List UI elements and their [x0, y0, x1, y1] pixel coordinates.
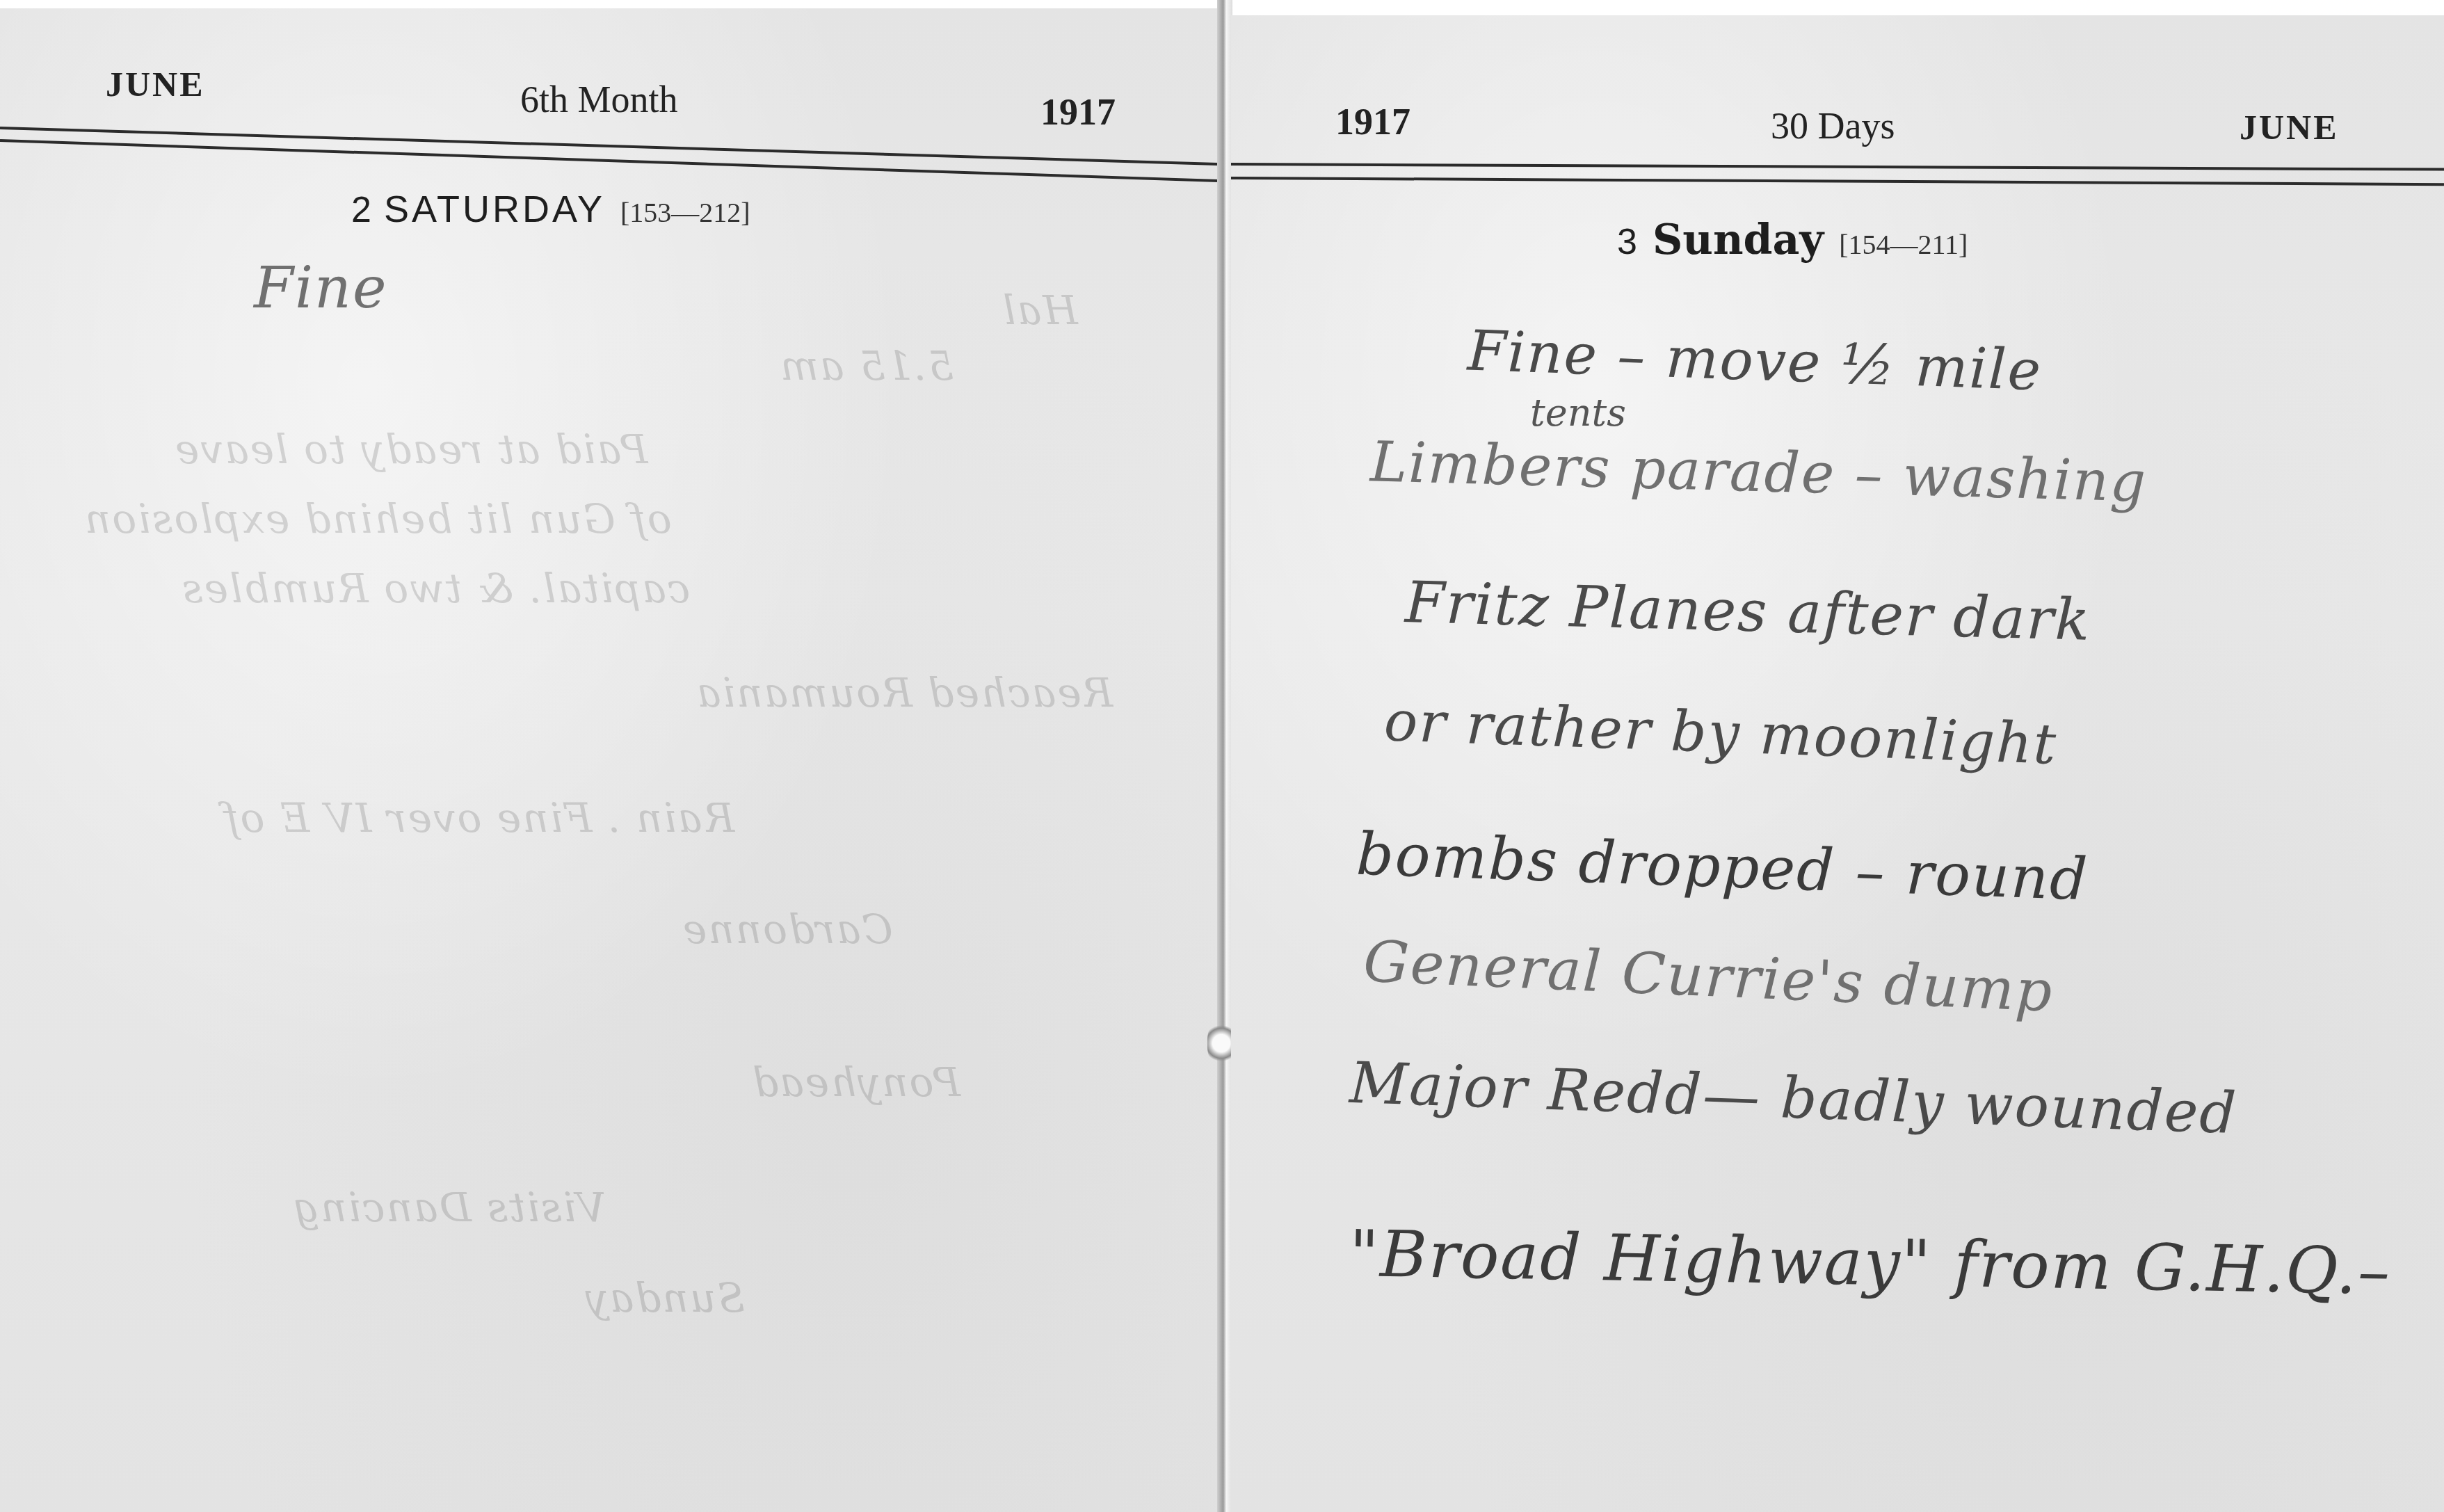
bleed-through-line: capital. & two Rumbles [181, 565, 690, 612]
bleed-through-line: Sunday [584, 1274, 745, 1321]
day-heading-sunday: 3Sunday[154—211] [1617, 216, 1968, 264]
right-running-header-month: JUNE [2240, 107, 2339, 147]
day-count: [153—212] [620, 197, 750, 228]
bleed-through-line: Reached Roumania [696, 669, 1113, 716]
handwritten-insertion: tents [1530, 391, 1626, 435]
day-number: 3 [1617, 222, 1637, 262]
left-running-header-center: 6th Month [520, 78, 678, 121]
day-heading-saturday: 2SATURDAY[153—212] [351, 188, 750, 231]
bleed-through-line: Cardonne [682, 906, 893, 953]
weekday-name: Sunday [1653, 216, 1824, 264]
handwritten-line: Fritz Planes after dark [1404, 570, 2092, 654]
bleed-through-line: of Gun lit behind explosion [83, 495, 672, 542]
bleed-through-line: Paid at ready to leave [174, 426, 648, 473]
header-rule-lower [1231, 177, 2444, 186]
day-count: [154—211] [1839, 229, 1968, 260]
diary-spread: JUNE 6th Month 1917 2SATURDAY[153—212] F… [0, 0, 2444, 1512]
right-running-header-center: 30 Days [1771, 104, 1895, 147]
weekday-name: SATURDAY [384, 188, 605, 230]
right-running-header-year: 1917 [1335, 100, 1410, 143]
handwritten-line: "Broad Highway" from G.H.Q.– [1349, 1216, 2392, 1309]
left-page: JUNE 6th Month 1917 2SATURDAY[153—212] F… [0, 8, 1219, 1512]
handwritten-line: or rather by moonlight [1383, 689, 2059, 777]
book-gutter [1217, 0, 1232, 1512]
bleed-through-line: Hal [1002, 287, 1078, 334]
header-rule-upper [1231, 163, 2444, 171]
handwritten-line: Fine [254, 255, 387, 321]
handwritten-line: Major Redd— badly wounded [1349, 1050, 2239, 1148]
bleed-through-line: Ponyhead [751, 1059, 960, 1106]
bleed-through-line: Rain . Fine over IV E of [223, 794, 734, 842]
handwritten-line: Limbers parade – washing [1369, 429, 2148, 514]
left-running-header-year: 1917 [1040, 90, 1116, 134]
right-page: 1917 30 Days JUNE 3Sunday[154—211] Fine … [1231, 15, 2444, 1512]
handwritten-line: General Currie's dump [1362, 928, 2055, 1024]
bleed-through-line: Visits Dancing [292, 1184, 606, 1231]
left-running-header-month: JUNE [106, 64, 205, 104]
handwritten-line: bombs dropped – round [1356, 820, 2090, 914]
bleed-through-line: 5.15 am [779, 342, 954, 389]
day-number: 2 [351, 190, 371, 230]
